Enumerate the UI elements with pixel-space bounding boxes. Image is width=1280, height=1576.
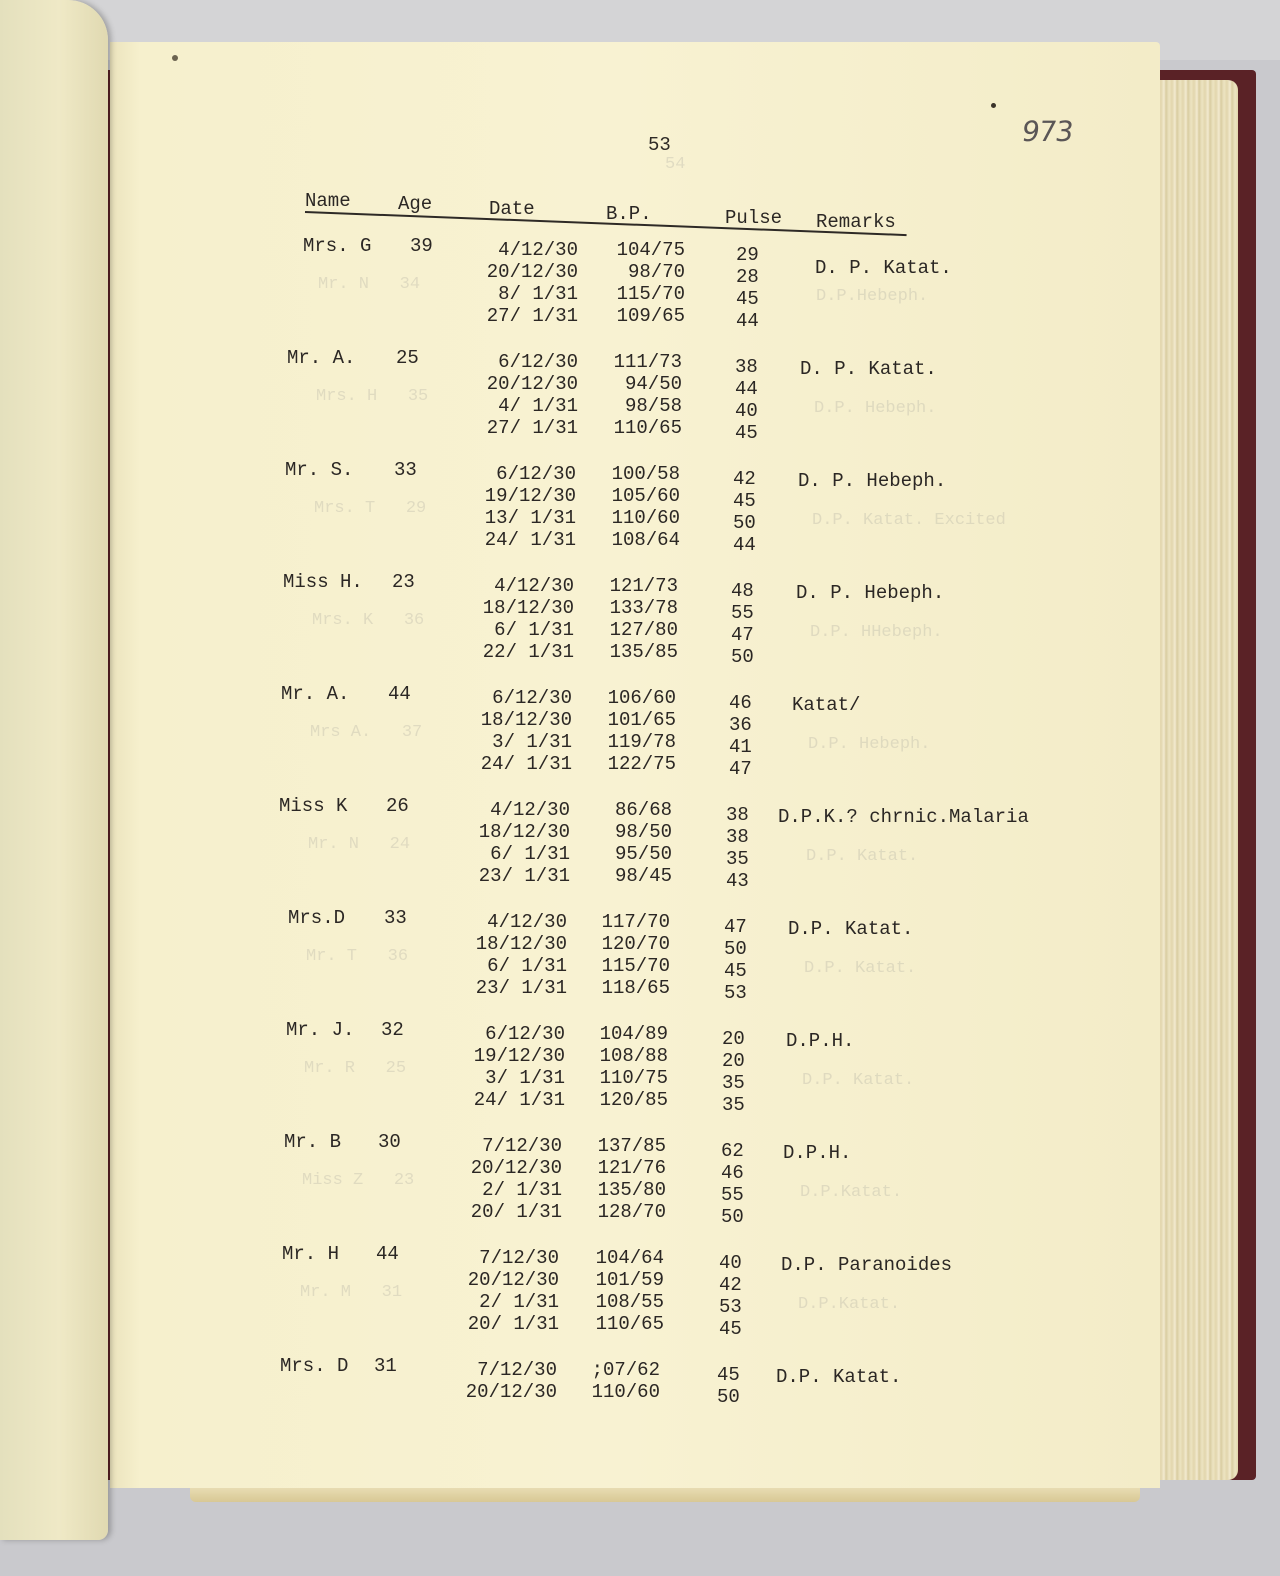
header-age: Age [398, 193, 432, 215]
bp-cell: 121/76 [576, 1157, 666, 1179]
bp-cell: 98/45 [582, 865, 672, 887]
ghost-entry-remarks: D.P. Hebeph. [814, 399, 936, 418]
patient-name: Mr. A. [281, 683, 349, 705]
date-cell: 20/12/30 [468, 373, 578, 395]
bp-cell: 122/75 [586, 753, 676, 775]
bp-cell: 105/60 [590, 485, 680, 507]
date-cell: 4/12/30 [468, 239, 578, 261]
date-cell: 20/ 1/31 [452, 1201, 562, 1223]
ghost-entry-remarks: D.P. Hebeph. [808, 735, 930, 754]
pulse-cell: 55 [721, 1184, 744, 1206]
handwritten-archive-number: 973 [1020, 115, 1075, 148]
bp-cell: 86/68 [582, 799, 672, 821]
bp-cell: 118/65 [580, 977, 670, 999]
ghost-entry-remarks: D.P.Katat. [798, 1295, 900, 1314]
date-cell: 6/12/30 [455, 1023, 565, 1045]
pulse-cell: 45 [724, 960, 747, 982]
date-cell: 18/12/30 [462, 709, 572, 731]
pulse-cell: 38 [726, 804, 749, 826]
date-cell: 6/12/30 [466, 463, 576, 485]
pulse-cell: 48 [731, 580, 754, 602]
bp-cell: 115/70 [580, 955, 670, 977]
pulse-cell: 40 [735, 400, 758, 422]
date-cell: 20/12/30 [468, 261, 578, 283]
date-cell: 3/ 1/31 [462, 731, 572, 753]
bp-cell: 95/50 [582, 843, 672, 865]
bp-cell: 115/70 [595, 283, 685, 305]
date-cell: 6/12/30 [462, 687, 572, 709]
ghost-entry-remarks: D.P. Katat. [804, 959, 916, 978]
date-cell: 19/12/30 [455, 1045, 565, 1067]
date-cell: 4/12/30 [460, 799, 570, 821]
patient-remarks: D. P. Hebeph. [796, 582, 944, 604]
patient-age: 44 [388, 683, 411, 705]
bp-cell: 104/75 [595, 239, 685, 261]
pulse-cell: 44 [736, 310, 759, 332]
date-cell: 23/ 1/31 [457, 977, 567, 999]
date-cell: 22/ 1/31 [464, 641, 574, 663]
patient-name: Mrs. G [303, 235, 371, 257]
patient-remarks: D.P. Paranoides [781, 1254, 952, 1276]
date-cell: 20/12/30 [449, 1269, 559, 1291]
pulse-cell: 45 [736, 288, 759, 310]
date-cell: 24/ 1/31 [462, 753, 572, 775]
header-pulse: Pulse [725, 207, 782, 229]
ghost-entry-remarks: D.P. Katat. Excited [812, 511, 1006, 530]
date-cell: 23/ 1/31 [460, 865, 570, 887]
patient-remarks: D.P. Katat. [788, 918, 913, 940]
pulse-cell: 45 [733, 490, 756, 512]
bp-cell: 117/70 [580, 911, 670, 933]
patient-age: 33 [394, 459, 417, 481]
header-name: Name [305, 190, 351, 212]
ghost-entry-name: Mr. N 24 [308, 835, 410, 854]
bp-cell: 100/58 [590, 463, 680, 485]
patient-age: 32 [381, 1019, 404, 1041]
bp-cell: 98/58 [592, 395, 682, 417]
bp-cell: 110/75 [578, 1067, 668, 1089]
patient-remarks: Katat/ [792, 694, 860, 716]
patient-remarks: D.P. Katat. [776, 1366, 901, 1388]
pulse-cell: 53 [719, 1296, 742, 1318]
bp-cell: 121/73 [588, 575, 678, 597]
date-cell: 8/ 1/31 [468, 283, 578, 305]
patient-remarks: D. P. Katat. [815, 257, 952, 279]
date-cell: 7/12/30 [447, 1359, 557, 1381]
pulse-cell: 55 [731, 602, 754, 624]
pulse-cell: 42 [719, 1274, 742, 1296]
pulse-cell: 28 [736, 266, 759, 288]
ghost-entry-remarks: D.P. Katat. [806, 847, 918, 866]
ghost-entry-name: Mr. N 34 [318, 275, 420, 294]
pulse-cell: 43 [726, 870, 749, 892]
patient-remarks: D.P.K.? chrnic.Malaria [778, 806, 1029, 828]
date-cell: 6/ 1/31 [457, 955, 567, 977]
bp-cell: 119/78 [586, 731, 676, 753]
page-bottom-edge [190, 1488, 1140, 1502]
pulse-cell: 50 [717, 1386, 740, 1408]
pulse-cell: 35 [722, 1072, 745, 1094]
pulse-cell: 29 [736, 244, 759, 266]
ghost-entry-name: Mr. T 36 [306, 947, 408, 966]
bp-cell: 110/65 [574, 1313, 664, 1335]
pulse-cell: 47 [729, 758, 752, 780]
ghost-entry-name: Mrs. T 29 [314, 499, 426, 518]
bp-cell: 101/65 [586, 709, 676, 731]
patient-remarks: D. P. Katat. [800, 358, 937, 380]
bp-cell: 120/70 [580, 933, 670, 955]
bp-cell: 108/55 [574, 1291, 664, 1313]
pulse-cell: 38 [726, 826, 749, 848]
header-date: Date [489, 198, 535, 220]
patient-age: 25 [396, 347, 419, 369]
pulse-cell: 44 [735, 378, 758, 400]
pulse-cell: 46 [721, 1162, 744, 1184]
date-cell: 24/ 1/31 [455, 1089, 565, 1111]
date-cell: 6/ 1/31 [460, 843, 570, 865]
date-cell: 4/ 1/31 [468, 395, 578, 417]
pulse-cell: 20 [722, 1050, 745, 1072]
pulse-cell: 50 [721, 1206, 744, 1228]
ghost-entry-remarks: D.P.Katat. [800, 1183, 902, 1202]
ghost-entry-remarks: D.P. HHebeph. [810, 623, 943, 642]
bp-cell: 135/85 [588, 641, 678, 663]
date-cell: 18/12/30 [464, 597, 574, 619]
patient-name: Mr. A. [287, 347, 355, 369]
pulse-cell: 20 [722, 1028, 745, 1050]
pulse-cell: 45 [735, 422, 758, 444]
bp-cell: 111/73 [592, 351, 682, 373]
date-cell: 6/ 1/31 [464, 619, 574, 641]
bp-cell: 104/64 [574, 1247, 664, 1269]
pulse-cell: 42 [733, 468, 756, 490]
date-cell: 20/ 1/31 [449, 1313, 559, 1335]
bp-cell: 98/70 [595, 261, 685, 283]
bp-cell: 106/60 [586, 687, 676, 709]
date-cell: 24/ 1/31 [466, 529, 576, 551]
patient-name: Mr. J. [286, 1019, 354, 1041]
pulse-cell: 46 [729, 692, 752, 714]
patient-remarks: D.P.H. [783, 1142, 851, 1164]
date-cell: 27/ 1/31 [468, 417, 578, 439]
pulse-cell: 35 [726, 848, 749, 870]
pulse-cell: 45 [719, 1318, 742, 1340]
bp-cell: 120/85 [578, 1089, 668, 1111]
pulse-cell: 35 [722, 1094, 745, 1116]
pulse-cell: 38 [735, 356, 758, 378]
bp-cell: ;07/62 [570, 1359, 660, 1381]
date-cell: 20/12/30 [452, 1157, 562, 1179]
bp-cell: 110/65 [592, 417, 682, 439]
ghost-entry-name: Miss Z 23 [302, 1171, 414, 1190]
pulse-cell: 45 [717, 1364, 740, 1386]
patient-name: Miss K [279, 795, 347, 817]
patient-age: 31 [374, 1355, 397, 1377]
date-cell: 19/12/30 [466, 485, 576, 507]
ghost-entry-name: Mr. M 31 [300, 1283, 402, 1302]
ghost-entry-remarks: D.P. Katat. [802, 1071, 914, 1090]
ink-dot-mark [991, 103, 996, 108]
ghost-entry-name: Mr. R 25 [304, 1059, 406, 1078]
bp-cell: 108/88 [578, 1045, 668, 1067]
ghost-entry-name: Mrs. K 36 [312, 611, 424, 630]
patient-remarks: D.P.H. [786, 1030, 854, 1052]
left-page-curl [0, 0, 108, 1540]
pulse-cell: 50 [731, 646, 754, 668]
bp-cell: 98/50 [582, 821, 672, 843]
patient-age: 33 [384, 907, 407, 929]
pulse-cell: 50 [724, 938, 747, 960]
date-cell: 4/12/30 [457, 911, 567, 933]
date-cell: 18/12/30 [457, 933, 567, 955]
ghost-entry-remarks: D.P.Hebeph. [816, 287, 928, 306]
patient-name: Mrs. D [280, 1355, 348, 1377]
bp-cell: 133/78 [588, 597, 678, 619]
bp-cell: 94/50 [592, 373, 682, 395]
pulse-cell: 50 [733, 512, 756, 534]
punch-hole-mark [172, 55, 178, 61]
date-cell: 7/12/30 [449, 1247, 559, 1269]
patient-name: Mrs.D [288, 907, 345, 929]
pulse-cell: 62 [721, 1140, 744, 1162]
header-remarks: Remarks [816, 211, 896, 233]
date-cell: 4/12/30 [464, 575, 574, 597]
patient-age: 44 [376, 1243, 399, 1265]
ghost-page-number: 54 [665, 155, 685, 174]
patient-remarks: D. P. Hebeph. [798, 470, 946, 492]
date-cell: 27/ 1/31 [468, 305, 578, 327]
bp-cell: 128/70 [576, 1201, 666, 1223]
pulse-cell: 41 [729, 736, 752, 758]
bp-cell: 110/60 [590, 507, 680, 529]
pulse-cell: 47 [724, 916, 747, 938]
bp-cell: 110/60 [570, 1381, 660, 1403]
patient-age: 30 [378, 1131, 401, 1153]
pulse-cell: 40 [719, 1252, 742, 1274]
date-cell: 6/12/30 [468, 351, 578, 373]
patient-name: Mr. S. [285, 459, 353, 481]
bp-cell: 104/89 [578, 1023, 668, 1045]
page-number: 53 [648, 134, 671, 156]
pulse-cell: 47 [731, 624, 754, 646]
patient-age: 39 [410, 235, 433, 257]
pulse-cell: 44 [733, 534, 756, 556]
date-cell: 13/ 1/31 [466, 507, 576, 529]
patient-age: 26 [386, 795, 409, 817]
pulse-cell: 53 [724, 982, 747, 1004]
date-cell: 2/ 1/31 [452, 1179, 562, 1201]
date-cell: 3/ 1/31 [455, 1067, 565, 1089]
page-edges [1158, 80, 1238, 1480]
bp-cell: 101/59 [574, 1269, 664, 1291]
patient-name: Miss H. [283, 571, 363, 593]
date-cell: 20/12/30 [447, 1381, 557, 1403]
patient-name: Mr. B [284, 1131, 341, 1153]
pulse-cell: 36 [729, 714, 752, 736]
patient-age: 23 [392, 571, 415, 593]
bp-cell: 109/65 [595, 305, 685, 327]
ghost-entry-name: Mrs. H 35 [316, 387, 428, 406]
date-cell: 2/ 1/31 [449, 1291, 559, 1313]
date-cell: 7/12/30 [452, 1135, 562, 1157]
bp-cell: 108/64 [590, 529, 680, 551]
bp-cell: 135/80 [576, 1179, 666, 1201]
date-cell: 18/12/30 [460, 821, 570, 843]
bp-cell: 137/85 [576, 1135, 666, 1157]
patient-name: Mr. H [282, 1243, 339, 1265]
header-bp: B.P. [606, 203, 652, 225]
ghost-entry-name: Mrs A. 37 [310, 723, 422, 742]
bp-cell: 127/80 [588, 619, 678, 641]
